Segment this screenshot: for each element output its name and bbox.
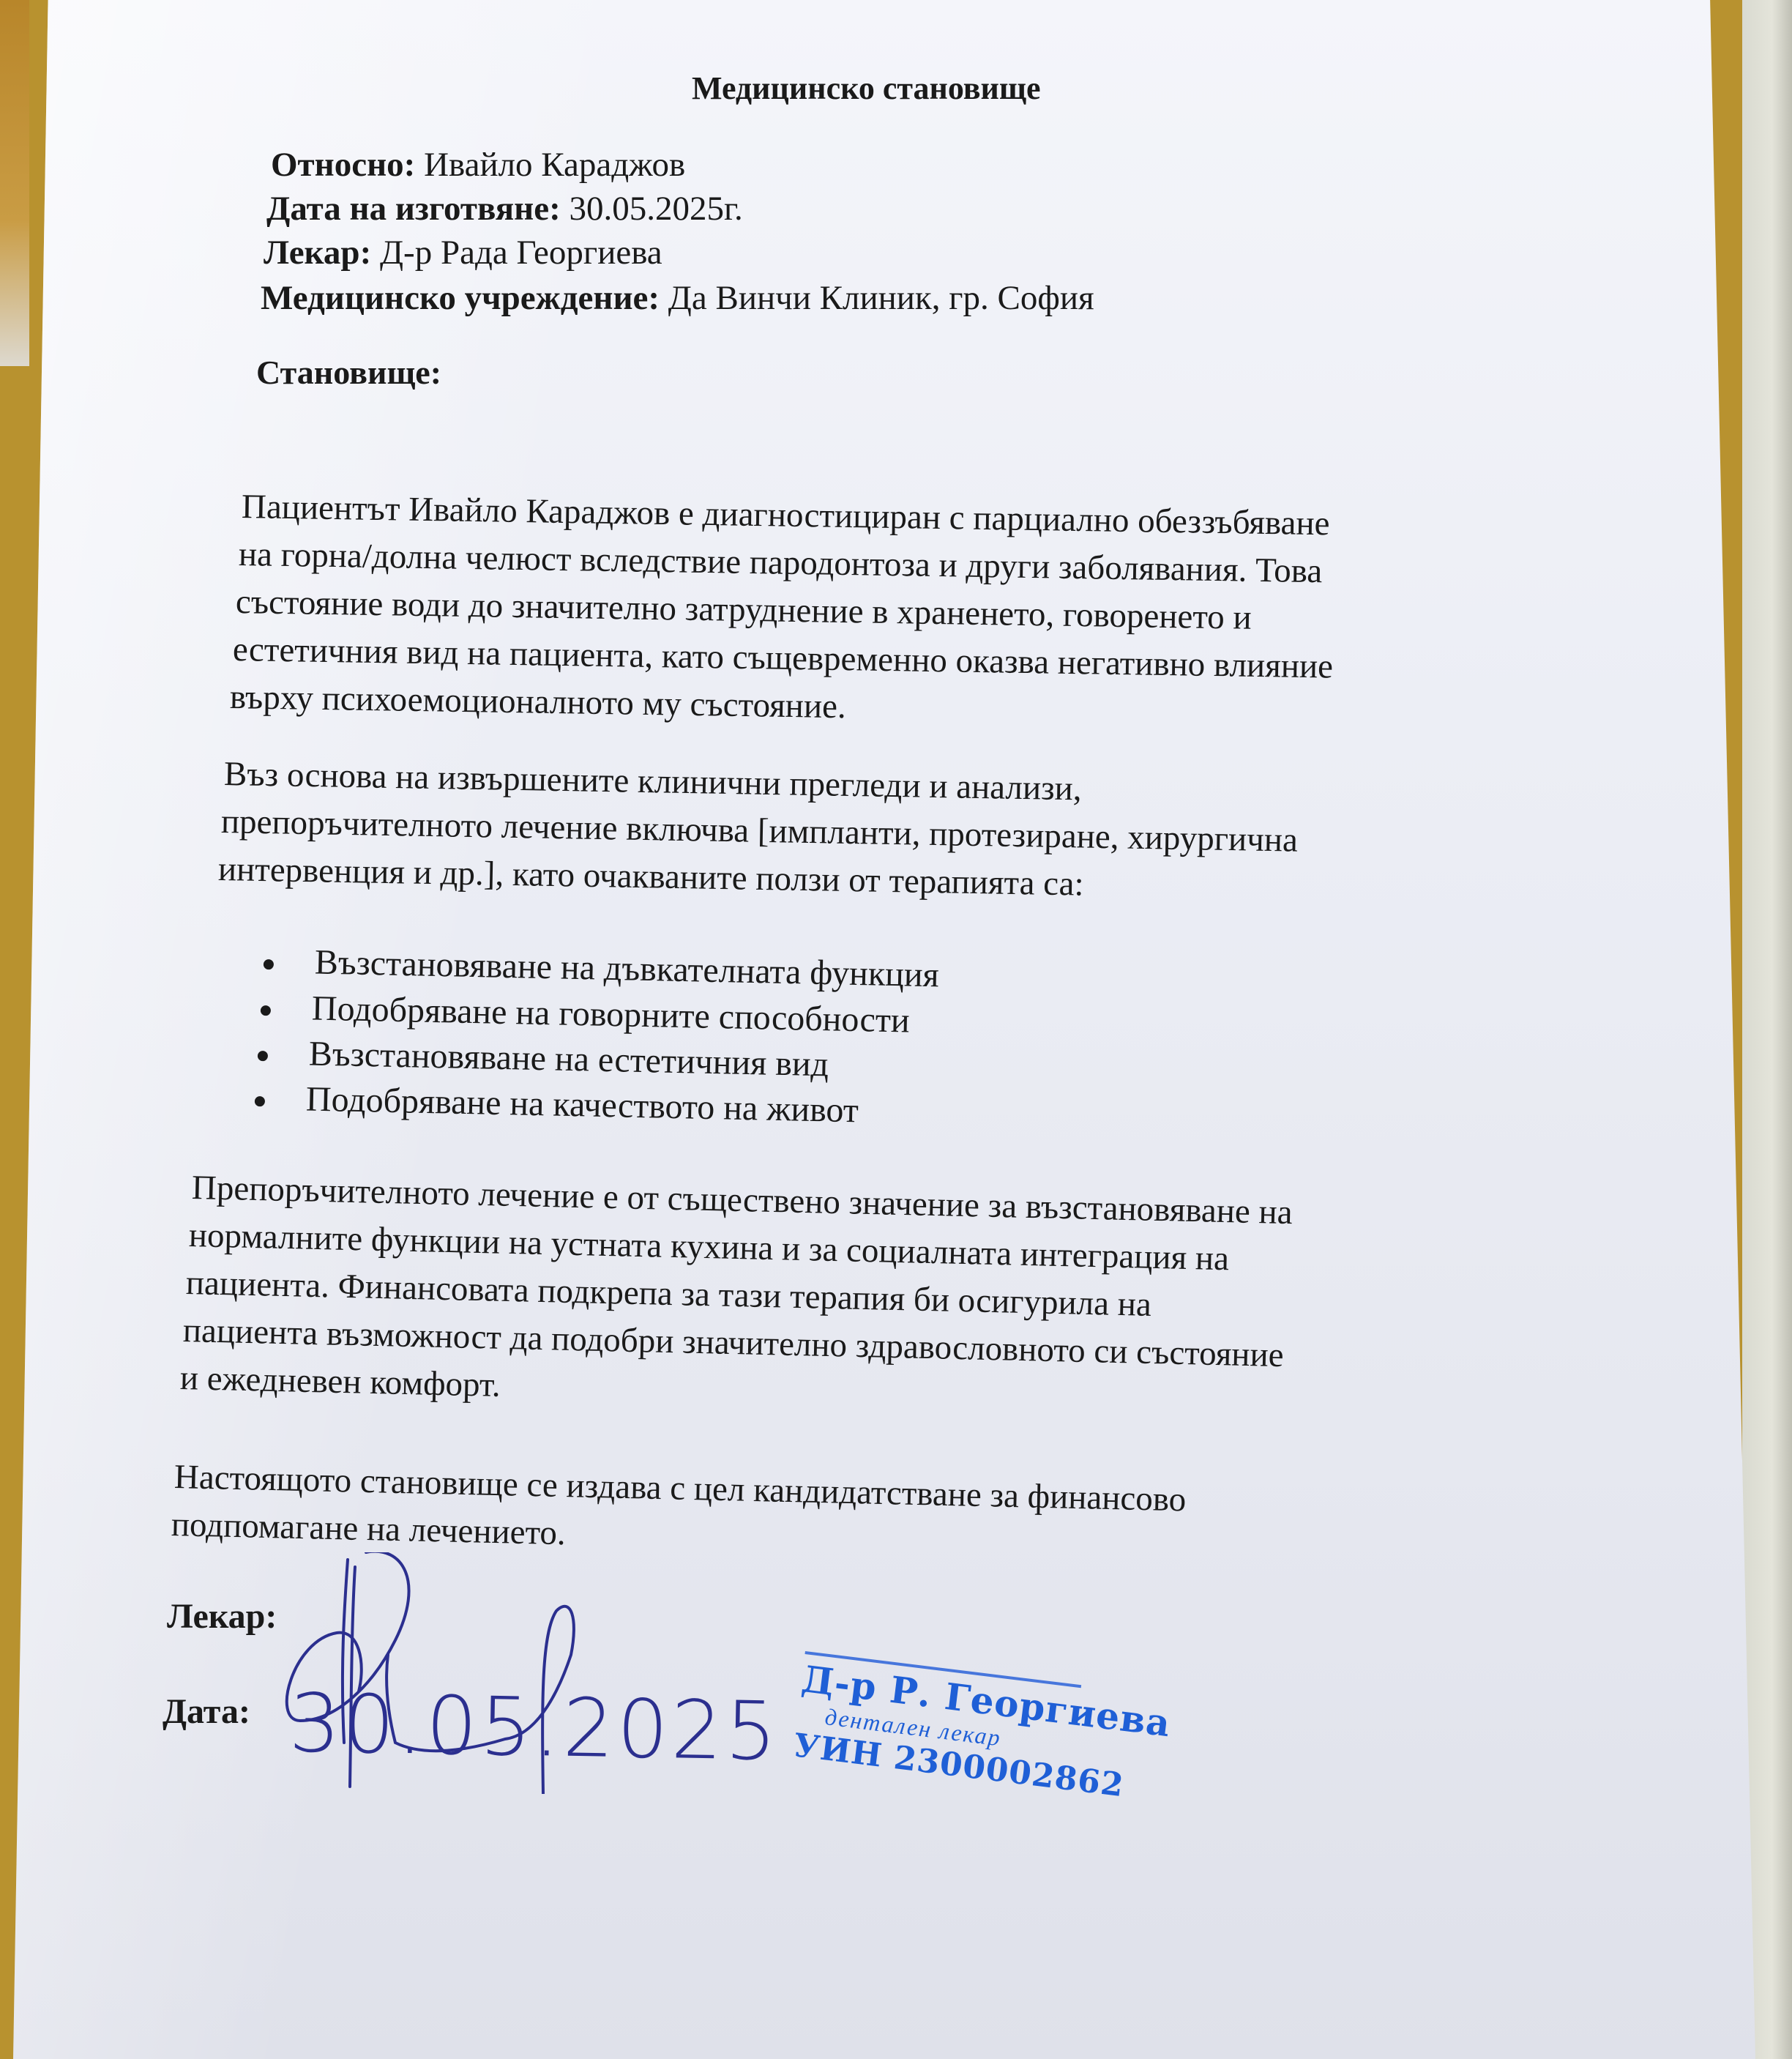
doctor-stamp: Д-р Р. Георгиева дентален лекар УИН 2300… [791,1651,1173,1809]
handwritten-date: 30.05.2025 [288,1676,780,1779]
date-footer-label: Дата: [163,1691,250,1732]
date-prepared-field: Дата на изготвяне: 30.05.2025г. [266,189,743,228]
paragraph1-line: естетичния вид на пациента, като същевре… [233,630,1334,687]
doctor-field: Лекар: Д-р Рада Георгиева [264,233,662,272]
bullet-icon [264,959,274,969]
paragraph4-line: подпомагане на лечението. [171,1505,566,1553]
paragraph2-line: Въз основа на извършените клинични прегл… [224,754,1083,808]
bullet-icon [258,1051,268,1061]
benefit-text: Възстановяване на естетичния вид [308,1034,829,1084]
medical-opinion-document: Медицинско становище Относно: Ивайло Кар… [0,0,1792,2059]
paragraph2-line: интервенция и др.], като очакваните полз… [218,849,1084,904]
benefit-item: Подобряване на говорните способности [260,987,910,1041]
benefit-item: Възстановяване на дъвкателната функция [263,941,939,995]
benefit-item: Подобряване на качеството на живот [254,1078,859,1131]
benefit-item: Възстановяване на естетичния вид [257,1032,829,1084]
paragraph1-line: на горна/долна челюст вследствие пародон… [239,535,1323,591]
date-prepared-value: 30.05.2025г. [570,190,743,228]
bullet-icon [255,1096,265,1106]
paragraph1-line: върху психоемоционалното му състояние. [230,677,847,726]
regarding-value: Ивайло Караджов [424,146,685,184]
date-prepared-label: Дата на изготвяне: [266,190,561,228]
bullet-icon [261,1005,271,1016]
institution-field: Медицинско учреждение: Да Винчи Клиник, … [261,278,1094,318]
doctor-value: Д-р Рада Георгиева [380,234,662,272]
opinion-heading: Становище: [256,353,441,392]
institution-value: Да Винчи Клиник, гр. София [668,279,1094,317]
benefit-text: Подобряване на качеството на живот [305,1079,859,1130]
benefit-text: Подобряване на говорните способности [311,988,910,1040]
paragraph1-line: състояние води до значително затруднение… [236,582,1252,638]
regarding-field: Относно: Ивайло Караджов [271,145,685,185]
paragraph3-line: и ежедневен комфорт. [179,1358,501,1405]
signature-label: Лекар: [167,1596,277,1637]
document-title: Медицинско становище [692,70,1041,107]
regarding-label: Относно: [271,146,415,184]
paragraph2-line: препоръчителното лечение включва [имплан… [221,802,1299,860]
benefit-text: Възстановяване на дъвкателната функция [314,942,939,994]
paragraph1-line: Пациентът Ивайло Караджов е диагностицир… [242,487,1330,543]
institution-label: Медицинско учреждение: [261,279,660,317]
doctor-label: Лекар: [264,234,371,272]
